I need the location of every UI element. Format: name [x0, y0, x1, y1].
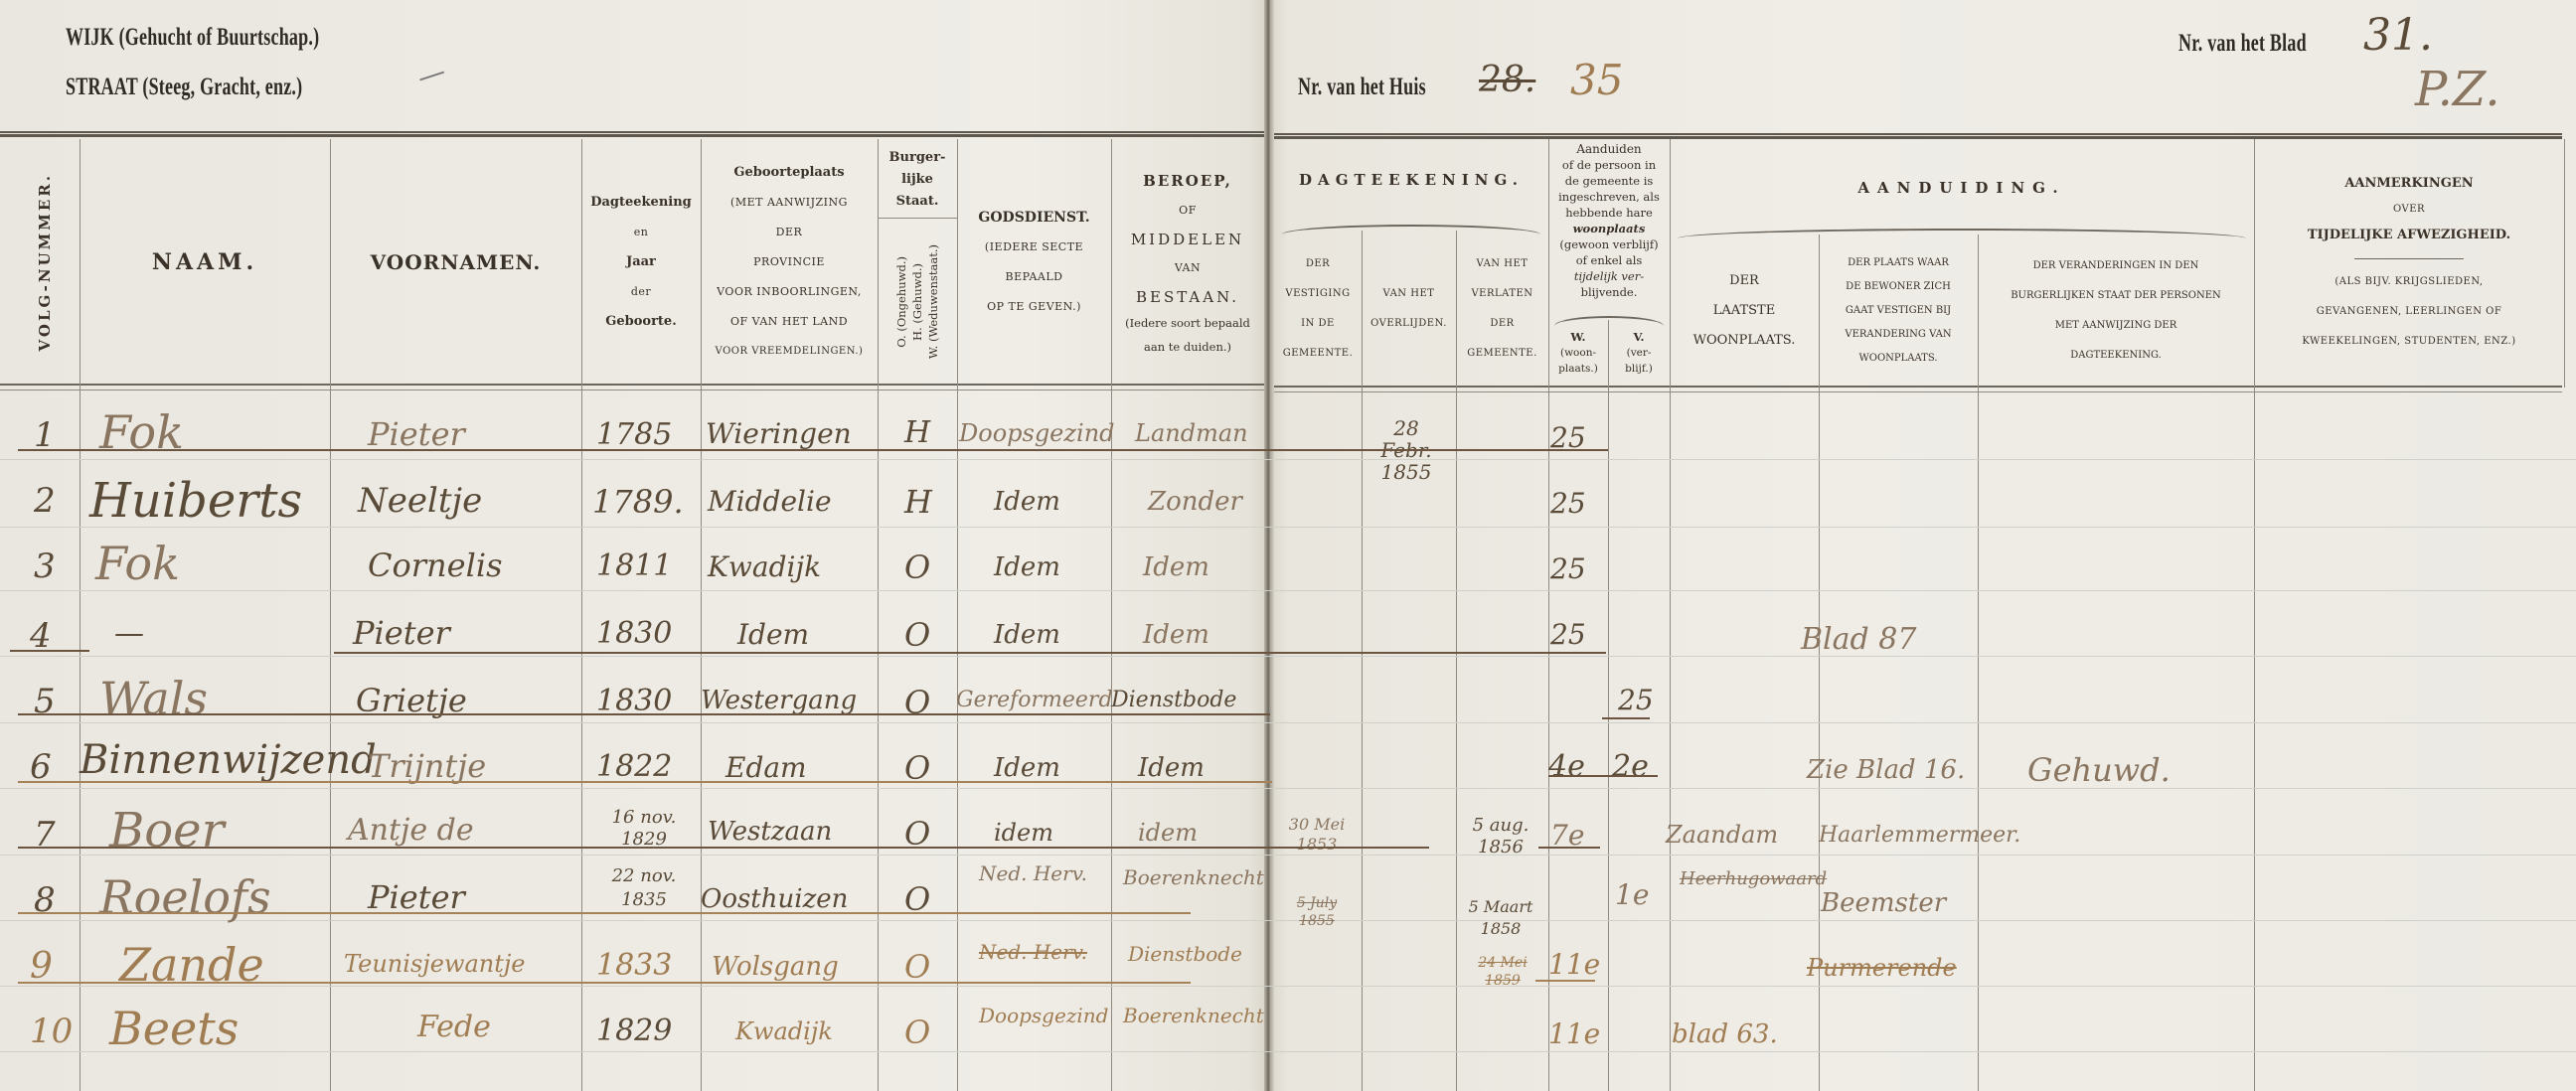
- header-verlaten: VAN HET VERLATEN DER GEMEENTE.: [1456, 234, 1548, 384]
- row-line: [0, 527, 2576, 528]
- header-godsdienst: GODSDIENST. (IEDERE SECTE BEPAALD OP TE …: [957, 141, 1111, 384]
- header-line: de gemeente is: [1565, 173, 1654, 189]
- header-voornamen: VOORNAMEN.: [330, 141, 581, 384]
- row-vestiging: 5 July 1855: [1282, 894, 1352, 930]
- row-naam: Wals: [99, 672, 208, 725]
- huis-old-value: 28.: [1479, 60, 1535, 100]
- row-geboorte: 1822: [596, 749, 672, 784]
- row-w: 4e: [1548, 749, 1585, 784]
- header-line: blijvende.: [1581, 284, 1638, 300]
- row-v: 25: [1618, 684, 1654, 716]
- blad-value: 31.: [2363, 10, 2433, 61]
- header-line: of de persoon in: [1562, 157, 1656, 173]
- header-line: Geboorteplaats: [733, 158, 844, 188]
- header-line: GODSDIENST.: [978, 203, 1089, 233]
- row-staat: O: [904, 684, 930, 721]
- header-line: DER: [1306, 249, 1330, 279]
- strikethrough-line: [1602, 717, 1650, 719]
- row-geboorte: 1789.: [592, 483, 684, 521]
- header-burgerlijke-staat: Burger- lijke Staat.: [878, 141, 957, 219]
- row-beroep: Zonder: [1148, 487, 1242, 517]
- header-line: LAATSTE: [1713, 296, 1775, 326]
- header-line: tijdelijk ver-: [1574, 268, 1644, 284]
- row-laatste-woonplaats: Zaandam: [1666, 821, 1778, 849]
- header-line: plaats.): [1558, 361, 1598, 377]
- row-geboorteplaats: Oosthuizen: [701, 884, 848, 914]
- row-geboorteplaats: Middelie: [708, 485, 832, 518]
- header-line: der: [631, 277, 651, 307]
- header-line: O. (Ongehuwd.): [893, 256, 909, 348]
- row-number: 3: [34, 546, 56, 586]
- header-line: Dagteekening: [590, 188, 692, 218]
- header-line: W. (Weduwenstaat.): [925, 244, 941, 359]
- row-line: [0, 656, 2576, 657]
- row-naam: Boer: [109, 803, 225, 858]
- row-line: [0, 590, 2576, 591]
- blad-annotation: P.Z.: [2415, 62, 2500, 117]
- header-staat-options: O. (Ongehuwd.) H. (Gehuwd.) W. (Weduwens…: [878, 221, 957, 384]
- strikethrough-line: [1538, 847, 1600, 849]
- header-plaats-waar: DER PLAATS WAAR DE BEWONER ZICH GAAT VES…: [1819, 238, 1978, 384]
- row-number: 2: [34, 481, 56, 521]
- row-verlaten: 5 aug. 1856: [1461, 815, 1540, 858]
- header-line: Staat.: [896, 191, 939, 213]
- row-beroep: Landman: [1135, 419, 1248, 447]
- header-veranderingen: DER VERANDERINGEN IN DEN BURGERLIJKEN ST…: [1978, 238, 2254, 384]
- header-line: OF: [1179, 196, 1197, 226]
- row-voornamen: Pieter: [353, 614, 450, 652]
- register-page: WIJK (Gehucht of Buurtschap.) STRAAT (St…: [0, 0, 2576, 1091]
- row-voornamen: Trijntje: [368, 747, 486, 785]
- row-godsdienst: Idem: [994, 552, 1060, 582]
- header-line: Jaar: [626, 247, 656, 277]
- header-line: OVERLIJDEN.: [1370, 309, 1447, 339]
- row-w: 25: [1550, 487, 1586, 520]
- col-divider: [1608, 320, 1609, 1091]
- row-line: [0, 722, 2576, 723]
- row-w: 25: [1550, 552, 1586, 585]
- header-beroep: BEROEP, OF MIDDELEN VAN BESTAAN. (Iedere…: [1111, 141, 1264, 384]
- row-voornamen: Neeltje: [358, 481, 482, 521]
- header-laatste-woonplaats: DER LAATSTE WOONPLAATS.: [1670, 238, 1819, 384]
- header-line: GAAT VESTIGEN BIJ: [1846, 299, 1951, 323]
- header-line: Aanduiden: [1576, 141, 1641, 157]
- row-staat: O: [904, 948, 930, 986]
- header-bottom-rule-left: [0, 384, 1264, 390]
- row-beroep: Idem: [1143, 552, 1209, 582]
- row-line: [0, 459, 2576, 460]
- row-plaats-waar: Purmerende: [1807, 954, 1957, 982]
- row-geboorteplaats: Westzaan: [708, 817, 832, 847]
- header-line: VAN HET: [1477, 249, 1529, 279]
- row-godsdienst: Idem: [994, 753, 1060, 783]
- header-top-rule-right: [1274, 133, 2562, 139]
- row-v: 1e: [1615, 878, 1649, 911]
- strikethrough-line: [18, 449, 1608, 451]
- header-line: VAN HET: [1383, 279, 1435, 309]
- header-line: OF VAN HET LAND: [730, 307, 848, 337]
- header-line: PROVINCIE: [753, 247, 825, 277]
- header-line: lijke: [901, 169, 933, 191]
- huis-value: 35: [1570, 56, 1623, 104]
- header-line: (ALS BIJV. KRIJGSLIEDEN,: [2334, 267, 2483, 297]
- row-naam: Huiberts: [89, 473, 302, 529]
- header-line: DER VERANDERINGEN IN DEN: [2033, 251, 2199, 281]
- header-line: (woon-: [1560, 345, 1596, 361]
- row-line: [0, 855, 2576, 856]
- row-staat: O: [904, 548, 930, 586]
- header-voornamen-text: VOORNAMEN.: [371, 250, 542, 274]
- row-verlaten: 24 Mei 1859: [1463, 954, 1542, 990]
- row-geboorteplaats: Kwadijk: [708, 550, 821, 583]
- header-naam: NAAM.: [80, 141, 330, 384]
- header-line: GEMEENTE.: [1467, 339, 1537, 369]
- header-line: V.: [1634, 329, 1645, 345]
- row-number: 7: [34, 815, 56, 855]
- row-geboorteplaats: Wolsgang: [712, 952, 839, 982]
- header-line: DER: [776, 218, 803, 247]
- header-line: woonplaats: [1573, 221, 1646, 236]
- row-geboorte: 1811: [596, 548, 672, 583]
- row-voornamen: Antje de: [348, 813, 474, 848]
- header-line: W.: [1570, 329, 1585, 345]
- row-geboorteplaats: Idem: [737, 618, 809, 651]
- strikethrough-line: [18, 781, 1272, 783]
- row-godsdienst: Gereformeerd: [956, 688, 1113, 712]
- header-line: BEROEP,: [1143, 166, 1232, 196]
- header-line: (IEDERE SECTE: [985, 233, 1083, 262]
- row-w: 11e: [1548, 948, 1600, 981]
- header-v: V. (ver- blijf.): [1608, 322, 1670, 384]
- header-geboorteplaats: Geboorteplaats (MET AANWIJZING DER PROVI…: [701, 141, 878, 384]
- row-beroep: Boerenknecht: [1123, 864, 1232, 890]
- row-voornamen: Teunisjewantje: [344, 950, 526, 978]
- straat-label: STRAAT (Steeg, Gracht, enz.): [66, 74, 302, 101]
- row-godsdienst: Doopsgezind: [959, 419, 1115, 447]
- header-line: AANMERKINGEN: [2344, 169, 2473, 199]
- header-line: ingeschreven, als: [1558, 189, 1660, 205]
- strikethrough-line: [18, 713, 1270, 715]
- strikethrough-line: [18, 982, 1191, 984]
- blad-label: Nr. van het Blad: [2178, 30, 2307, 58]
- row-number: 8: [34, 880, 56, 920]
- header-volgnummer-text: VOLG-NUMMER.: [30, 173, 60, 351]
- row-voornamen: Fede: [417, 1010, 491, 1044]
- row-staat: O: [904, 616, 930, 654]
- row-v: 2e: [1612, 749, 1649, 784]
- header-line: GEMEENTE.: [1283, 339, 1354, 369]
- row-godsdienst: Doopsgezind: [979, 1002, 1088, 1029]
- header-line: IN DE: [1301, 309, 1335, 339]
- row-beroep: Idem: [1138, 753, 1205, 783]
- row-beroep: Dienstbode: [1128, 940, 1227, 968]
- row-staat: H: [904, 415, 930, 450]
- row-w: 25: [1550, 618, 1586, 651]
- row-laatste-woonplaats: Heerhugowaard: [1680, 866, 1809, 892]
- header-line: MIDDELEN: [1131, 226, 1244, 253]
- row-vestiging: 30 Mei 1853: [1282, 815, 1352, 855]
- strikethrough-line: [18, 847, 1429, 849]
- header-line: BEPAALD: [1005, 262, 1062, 292]
- row-veranderingen: Gehuwd.: [2027, 751, 2171, 789]
- header-volgnummer: VOLG-NUMMER.: [20, 141, 70, 384]
- row-laatste-woonplaats: blad 63.: [1672, 1019, 1778, 1049]
- row-verlaten: 5 Maart 1858: [1461, 896, 1540, 940]
- row-number: 10: [30, 1012, 73, 1051]
- row-geboorte: 1833: [596, 948, 672, 983]
- row-geboorteplaats: Wieringen: [706, 417, 852, 450]
- row-plaats-waar: Zie Blad 16.: [1807, 755, 1965, 785]
- row-beroep: Boerenknecht: [1123, 1002, 1232, 1029]
- row-geboorte: 1830: [596, 616, 672, 651]
- header-line: blijf.): [1625, 361, 1653, 377]
- header-aanmerkingen: AANMERKINGEN OVER TIJDELIJKE AFWEZIGHEID…: [2254, 141, 2564, 384]
- row-line: [0, 986, 2576, 987]
- header-overlijden: VAN HET OVERLIJDEN.: [1362, 234, 1456, 384]
- row-godsdienst: Ned. Herv.: [979, 938, 1088, 966]
- header-line: VESTIGING: [1285, 279, 1350, 309]
- header-line: VERLATEN: [1471, 279, 1532, 309]
- header-line: VOOR VREEMDELINGEN.): [716, 337, 864, 367]
- row-geboorte: 1829: [596, 1013, 672, 1048]
- row-geboorteplaats: Kwadijk: [735, 1017, 833, 1045]
- row-naam: Beets: [109, 1002, 239, 1055]
- header-line: VERANDERING VAN: [1845, 323, 1951, 347]
- header-line: H. (Gehuwd.): [909, 263, 925, 341]
- row-geboorte: 16 nov. 1829: [594, 807, 694, 851]
- row-plaats-waar: Blad 87: [1801, 622, 1916, 657]
- row-beroep: Idem: [1143, 620, 1209, 650]
- row-staat: O: [904, 1013, 930, 1051]
- row-godsdienst: Ned. Herv.: [979, 860, 1088, 886]
- header-naam-text: NAAM.: [152, 249, 257, 275]
- row-godsdienst: idem: [994, 819, 1053, 847]
- header-line: DAGTEEKENING.: [2070, 341, 2162, 371]
- header-line: (gewoon verblijf): [1559, 236, 1658, 252]
- header-line: WOONPLAATS.: [1858, 347, 1937, 371]
- row-godsdienst: Idem: [994, 620, 1060, 650]
- header-line: (Iedere soort bepaald: [1125, 311, 1250, 335]
- ornament-rule: [2354, 258, 2464, 259]
- row-line: [0, 788, 2576, 789]
- header-top-rule-left: [0, 131, 1264, 137]
- row-beroep: Dienstbode: [1111, 688, 1236, 712]
- row-geboorteplaats: Westergang: [701, 686, 857, 715]
- row-geboorteplaats: Edam: [725, 751, 807, 784]
- brace-aanduiding: [1678, 229, 2246, 238]
- row-naam: Binnenwijzend: [80, 737, 377, 783]
- header-aanduiding-group: AANDUIDING.: [1670, 179, 2254, 197]
- header-vestiging: DER VESTIGING IN DE GEMEENTE.: [1274, 234, 1362, 384]
- row-naam: Roelofs: [99, 870, 271, 924]
- book-gutter: [1264, 0, 1274, 1091]
- header-line: DE BEWONER ZICH: [1846, 275, 1951, 299]
- header-line: BURGERLIJKEN STAAT DER PERSONEN: [2011, 281, 2221, 311]
- header-line: GEVANGENEN, LEERLINGEN OF: [2317, 297, 2502, 327]
- huis-label: Nr. van het Huis: [1298, 74, 1426, 101]
- row-geboorte: 1785: [596, 417, 672, 452]
- header-aanduiden: Aanduiden of de persoon in de gemeente i…: [1548, 141, 1670, 316]
- row-beroep: idem: [1138, 819, 1198, 847]
- header-line: aan te duiden.): [1144, 335, 1231, 359]
- row-plaats-waar: Beemster: [1821, 888, 1946, 918]
- header-line: OP TE GEVEN.): [987, 292, 1081, 322]
- strikethrough-line: [18, 912, 1191, 914]
- row-number: 9: [30, 946, 53, 987]
- wijk-label: WIJK (Gehucht of Buurtschap.): [66, 24, 319, 52]
- header-line: en: [634, 218, 649, 247]
- row-w: 11e: [1548, 1017, 1600, 1050]
- straat-value: —: [413, 54, 450, 93]
- header-line: OVER: [2393, 199, 2425, 221]
- row-number: 5: [34, 682, 56, 721]
- header-line: DER: [1490, 309, 1514, 339]
- row-godsdienst: Idem: [994, 487, 1060, 517]
- header-line: Geboorte.: [605, 307, 676, 337]
- strikethrough-line: [334, 652, 1606, 654]
- header-line: VOOR INBOORLINGEN,: [717, 277, 862, 307]
- header-w: W. (woon- plaats.): [1548, 322, 1608, 384]
- header-line: DER: [1729, 266, 1759, 296]
- row-plaats-waar: Haarlemmermeer.: [1819, 823, 1978, 849]
- header-line: (MET AANWIJZING: [730, 188, 848, 218]
- row-line: [0, 1051, 2576, 1052]
- header-dagteekening-group: DAGTEEKENING.: [1274, 171, 1548, 189]
- header-line: (ver-: [1627, 345, 1652, 361]
- strikethrough-line: [10, 650, 89, 652]
- col-divider: [2564, 139, 2565, 388]
- header-line: of enkel als: [1576, 252, 1643, 268]
- header-line: hebbende hare: [1565, 205, 1653, 221]
- header-dagteekening-geboorte: Dagteekening en Jaar der Geboorte.: [581, 141, 701, 384]
- header-bottom-rule-right: [1274, 386, 2562, 392]
- row-voornamen: Pieter: [368, 878, 465, 916]
- header-line: VAN: [1175, 253, 1201, 283]
- header-line: BESTAAN.: [1136, 283, 1239, 311]
- header-line: Burger-: [889, 147, 946, 169]
- row-voornamen: Cornelis: [368, 546, 502, 584]
- header-line: TIJDELIJKE AFWEZIGHEID.: [2308, 221, 2510, 250]
- row-staat: H: [904, 483, 932, 521]
- strikethrough-line: [1535, 980, 1595, 982]
- header-line: DER PLAATS WAAR: [1848, 251, 1949, 275]
- row-geboorte: 22 nov. 1835: [594, 864, 694, 912]
- row-naam: Fok: [95, 537, 180, 590]
- header-line: WOONPLAATS.: [1693, 326, 1796, 356]
- row-voornamen: Pieter: [368, 415, 465, 453]
- header-line: MET AANWIJZING DER: [2055, 311, 2176, 341]
- header-line: KWEEKELINGEN, STUDENTEN, ENZ.): [2302, 327, 2515, 357]
- strikethrough-line: [1548, 775, 1658, 777]
- brace-dagteekening: [1282, 225, 1540, 234]
- row-naam: —: [114, 616, 144, 651]
